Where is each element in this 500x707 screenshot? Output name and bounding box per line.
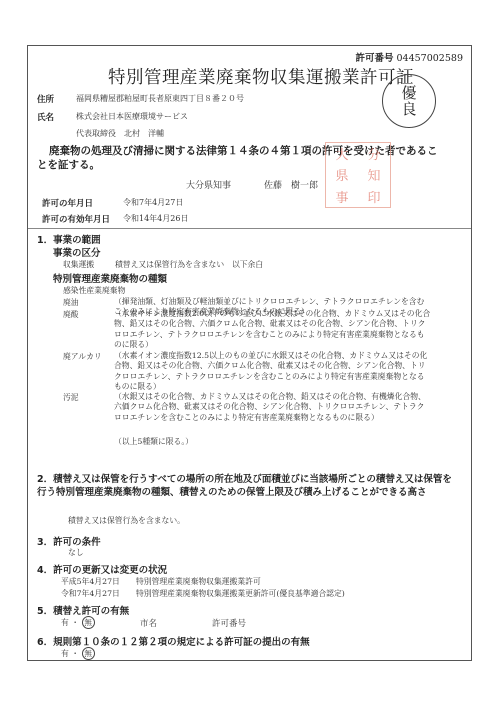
representative-name: 代表取締役 北村 洋輔 [76, 128, 164, 139]
permit-number-label: 許可番号 [355, 53, 393, 64]
section5-heading: 5．積替え許可の有無 [37, 603, 129, 617]
option-yes: 有 [61, 649, 69, 658]
permit-number: 許可番号 04457002589 [355, 50, 463, 64]
section3-heading: 3．許可の条件 [37, 534, 101, 548]
address-label: 住所 [37, 93, 54, 105]
company-name: 株式会社日本医療環境サービス [76, 111, 188, 122]
option-no-circled: 無 [82, 616, 95, 629]
business-type-value: 収集運搬 [63, 259, 94, 270]
seal-char: 印 [367, 187, 380, 206]
valid-until-label: 許可の有効年月日 [42, 213, 110, 225]
option-yes: 有 [61, 618, 69, 627]
issuer-name: 佐藤 樹一郎 [264, 178, 318, 191]
permit-number-value: 04457002589 [397, 53, 464, 64]
history-event: 特別管理産業廃棄物収集運搬業更新許可(優良基準適合認定) [136, 588, 345, 599]
name-label: 氏名 [37, 111, 54, 123]
seal-char: 県 [335, 165, 348, 184]
waste-type-name: 廃油 [63, 297, 79, 308]
official-seal: 大 分 県 知 事 印 [325, 142, 391, 208]
waste-type-name: 廃酸 [63, 309, 79, 320]
permit-date-value: 令和7年4月27日 [123, 197, 183, 208]
waste-type-name: 廃アルカリ [63, 351, 102, 362]
seal-char: 知 [367, 165, 380, 184]
permit-number-label-5: 許可番号 [212, 617, 246, 629]
submission-choice: 有 ・ 無 [61, 647, 95, 660]
section2-content: 積替え又は保管行為を含まない。 [68, 515, 185, 526]
document-title: 特別管理産業廃棄物収集運搬業許可証 [108, 64, 414, 89]
section2-heading: 2．積替え又は保管を行うすべての場所の所在地及び面積並びに当該場所ごとの積替え又… [37, 473, 457, 499]
address-value: 福岡県糟屋郡粕屋町長者原東四丁目８番２０号 [76, 93, 244, 104]
section-divider [28, 228, 471, 229]
transfer-permit-choice: 有 ・ 無 [61, 616, 95, 629]
excellent-badge: 優 良 [382, 74, 436, 128]
section4-heading: 4．許可の更新又は変更の状況 [37, 562, 167, 576]
option-no-circled: 無 [82, 647, 95, 660]
separator: ・ [71, 649, 79, 658]
waste-types-note: （以上5種類に限る。） [114, 436, 193, 447]
history-event: 特別管理産業廃棄物収集運搬業許可 [136, 576, 261, 587]
waste-type-desc: （水銀又はその化合物、カドミウム又はその化合物、鉛又はその化合物、有機燐化合物、… [114, 392, 432, 423]
history-date: 平成5年4月27日 [61, 576, 120, 587]
business-type-heading: 事業の区分 [53, 245, 101, 259]
permit-date-label: 許可の年月日 [42, 197, 93, 209]
badge-char-1: 優 [401, 85, 416, 101]
seal-char: 分 [367, 144, 380, 163]
waste-type-desc: （水素イオン濃度指数12.5以上のもの並びに水銀又はその化合物、カドミウム又はそ… [114, 351, 432, 392]
seal-char: 事 [335, 187, 348, 206]
issuer-title: 大分県知事 [186, 178, 231, 191]
badge-char-2: 良 [401, 101, 416, 117]
history-date: 令和7年4月27日 [61, 588, 120, 599]
permit-certificate: 許可番号 04457002589 特別管理産業廃棄物収集運搬業許可証 優 良 住… [27, 45, 472, 661]
section6-heading: 6．規則第１０条の１２第２項の規定による許可証の提出の有無 [37, 634, 310, 648]
valid-until-value: 令和14年4月26日 [123, 213, 188, 224]
waste-type-name: 汚泥 [63, 392, 79, 403]
waste-type-desc: （水素イオン濃度指数2.0以下のもの並びに水銀又はその化合物、カドミウム又はその… [114, 309, 432, 350]
section3-content: なし [68, 547, 84, 558]
waste-type-name: 感染性産業廃棄物 [63, 285, 125, 296]
city-label: 市名 [140, 617, 157, 629]
waste-types-heading: 特別管理産業廃棄物の種類 [53, 271, 167, 285]
section1-heading: 1．事業の範囲 [37, 232, 101, 246]
business-type-note: 積替え又は保管行為を含まない 以下余白 [115, 259, 263, 270]
seal-char: 大 [335, 144, 348, 163]
separator: ・ [71, 618, 79, 627]
